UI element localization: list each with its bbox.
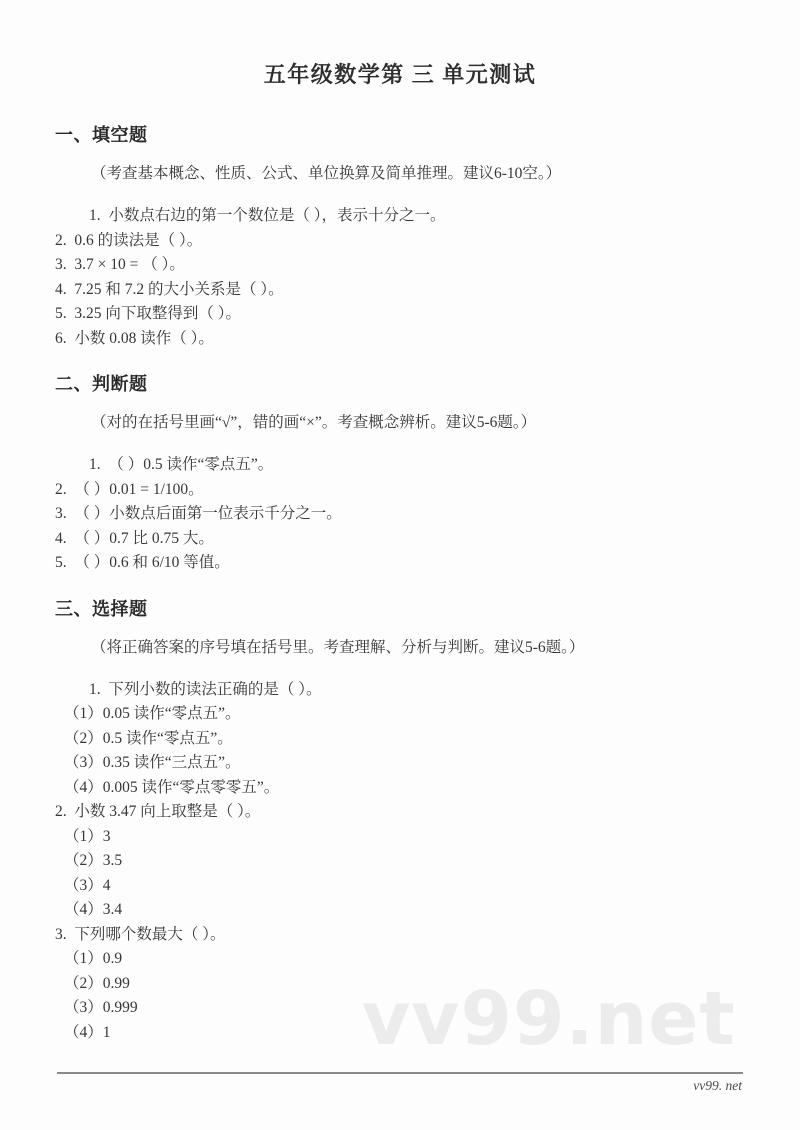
page-title: 五年级数学第 三 单元测试 (55, 0, 745, 90)
footer-site-label: vv99. net (693, 1078, 742, 1094)
judge-item: 5. （ ）0.6 和 6/10 等值。 (55, 551, 745, 576)
fill-item: 5. 3.25 向下取整得到（ ）。 (55, 302, 745, 327)
section-3-heading: 三、选择题 (55, 600, 745, 619)
judge-item: 1. （ ）0.5 读作“零点五”。 (55, 453, 745, 478)
section-1-items: 1. 小数点右边的第一个数位是（ ），表示十分之一。 2. 0.6 的读法是（ … (55, 204, 745, 351)
section-multiple-choice: 三、选择题 （将正确答案的序号填在括号里。考查理解、分析与判断。建议5-6题。）… (55, 600, 745, 1046)
choice-option: （3）0.35 读作“三点五”。 (55, 751, 745, 776)
section-2-heading: 二、判断题 (55, 375, 745, 394)
choice-option: （1）3 (55, 825, 745, 850)
worksheet-content: 五年级数学第 三 单元测试 一、填空题 （考查基本概念、性质、公式、单位换算及简… (0, 0, 800, 1045)
fill-item: 1. 小数点右边的第一个数位是（ ），表示十分之一。 (55, 204, 745, 229)
footer-divider (57, 1072, 743, 1074)
choice-option: （4）0.005 读作“零点零零五”。 (55, 776, 745, 801)
choice-option: （2）3.5 (55, 849, 745, 874)
section-1-heading: 一、填空题 (55, 126, 745, 145)
section-2-note: （对的在括号里画“√”，错的画“×”。考查概念辨析。建议5-6题。） (55, 413, 745, 433)
fill-item: 2. 0.6 的读法是（ ）。 (55, 229, 745, 254)
worksheet-page: vv99.net 五年级数学第 三 单元测试 一、填空题 （考查基本概念、性质、… (0, 0, 800, 1130)
choice-option: （3）4 (55, 874, 745, 899)
section-fill-in-blank: 一、填空题 （考查基本概念、性质、公式、单位换算及简单推理。建议6-10空。） … (55, 126, 745, 351)
judge-item: 3. （ ）小数点后面第一位表示千分之一。 (55, 502, 745, 527)
choice-option: （3）0.999 (55, 996, 745, 1021)
fill-item: 3. 3.7 × 10 = （ ）。 (55, 253, 745, 278)
choice-question: 3. 下列哪个数最大（ ）。 (55, 923, 745, 948)
section-2-items: 1. （ ）0.5 读作“零点五”。 2. （ ）0.01 = 1/100。 3… (55, 453, 745, 576)
choice-option: （4）3.4 (55, 898, 745, 923)
fill-item: 6. 小数 0.08 读作（ ）。 (55, 327, 745, 352)
choice-option: （2）0.5 读作“零点五”。 (55, 727, 745, 752)
section-3-items: 1. 下列小数的读法正确的是（ ）。 （1）0.05 读作“零点五”。 （2）0… (55, 678, 745, 1046)
choice-option: （4）1 (55, 1021, 745, 1046)
section-true-false: 二、判断题 （对的在括号里画“√”，错的画“×”。考查概念辨析。建议5-6题。）… (55, 375, 745, 576)
choice-option: （1）0.9 (55, 947, 745, 972)
choice-option: （2）0.99 (55, 972, 745, 997)
section-1-note: （考查基本概念、性质、公式、单位换算及简单推理。建议6-10空。） (55, 164, 745, 184)
choice-question: 2. 小数 3.47 向上取整是（ ）。 (55, 800, 745, 825)
choice-question: 1. 下列小数的读法正确的是（ ）。 (55, 678, 745, 703)
choice-option: （1）0.05 读作“零点五”。 (55, 702, 745, 727)
fill-item: 4. 7.25 和 7.2 的大小关系是（ ）。 (55, 278, 745, 303)
section-3-note: （将正确答案的序号填在括号里。考查理解、分析与判断。建议5-6题。） (55, 638, 745, 658)
judge-item: 2. （ ）0.01 = 1/100。 (55, 478, 745, 503)
judge-item: 4. （ ）0.7 比 0.75 大。 (55, 527, 745, 552)
